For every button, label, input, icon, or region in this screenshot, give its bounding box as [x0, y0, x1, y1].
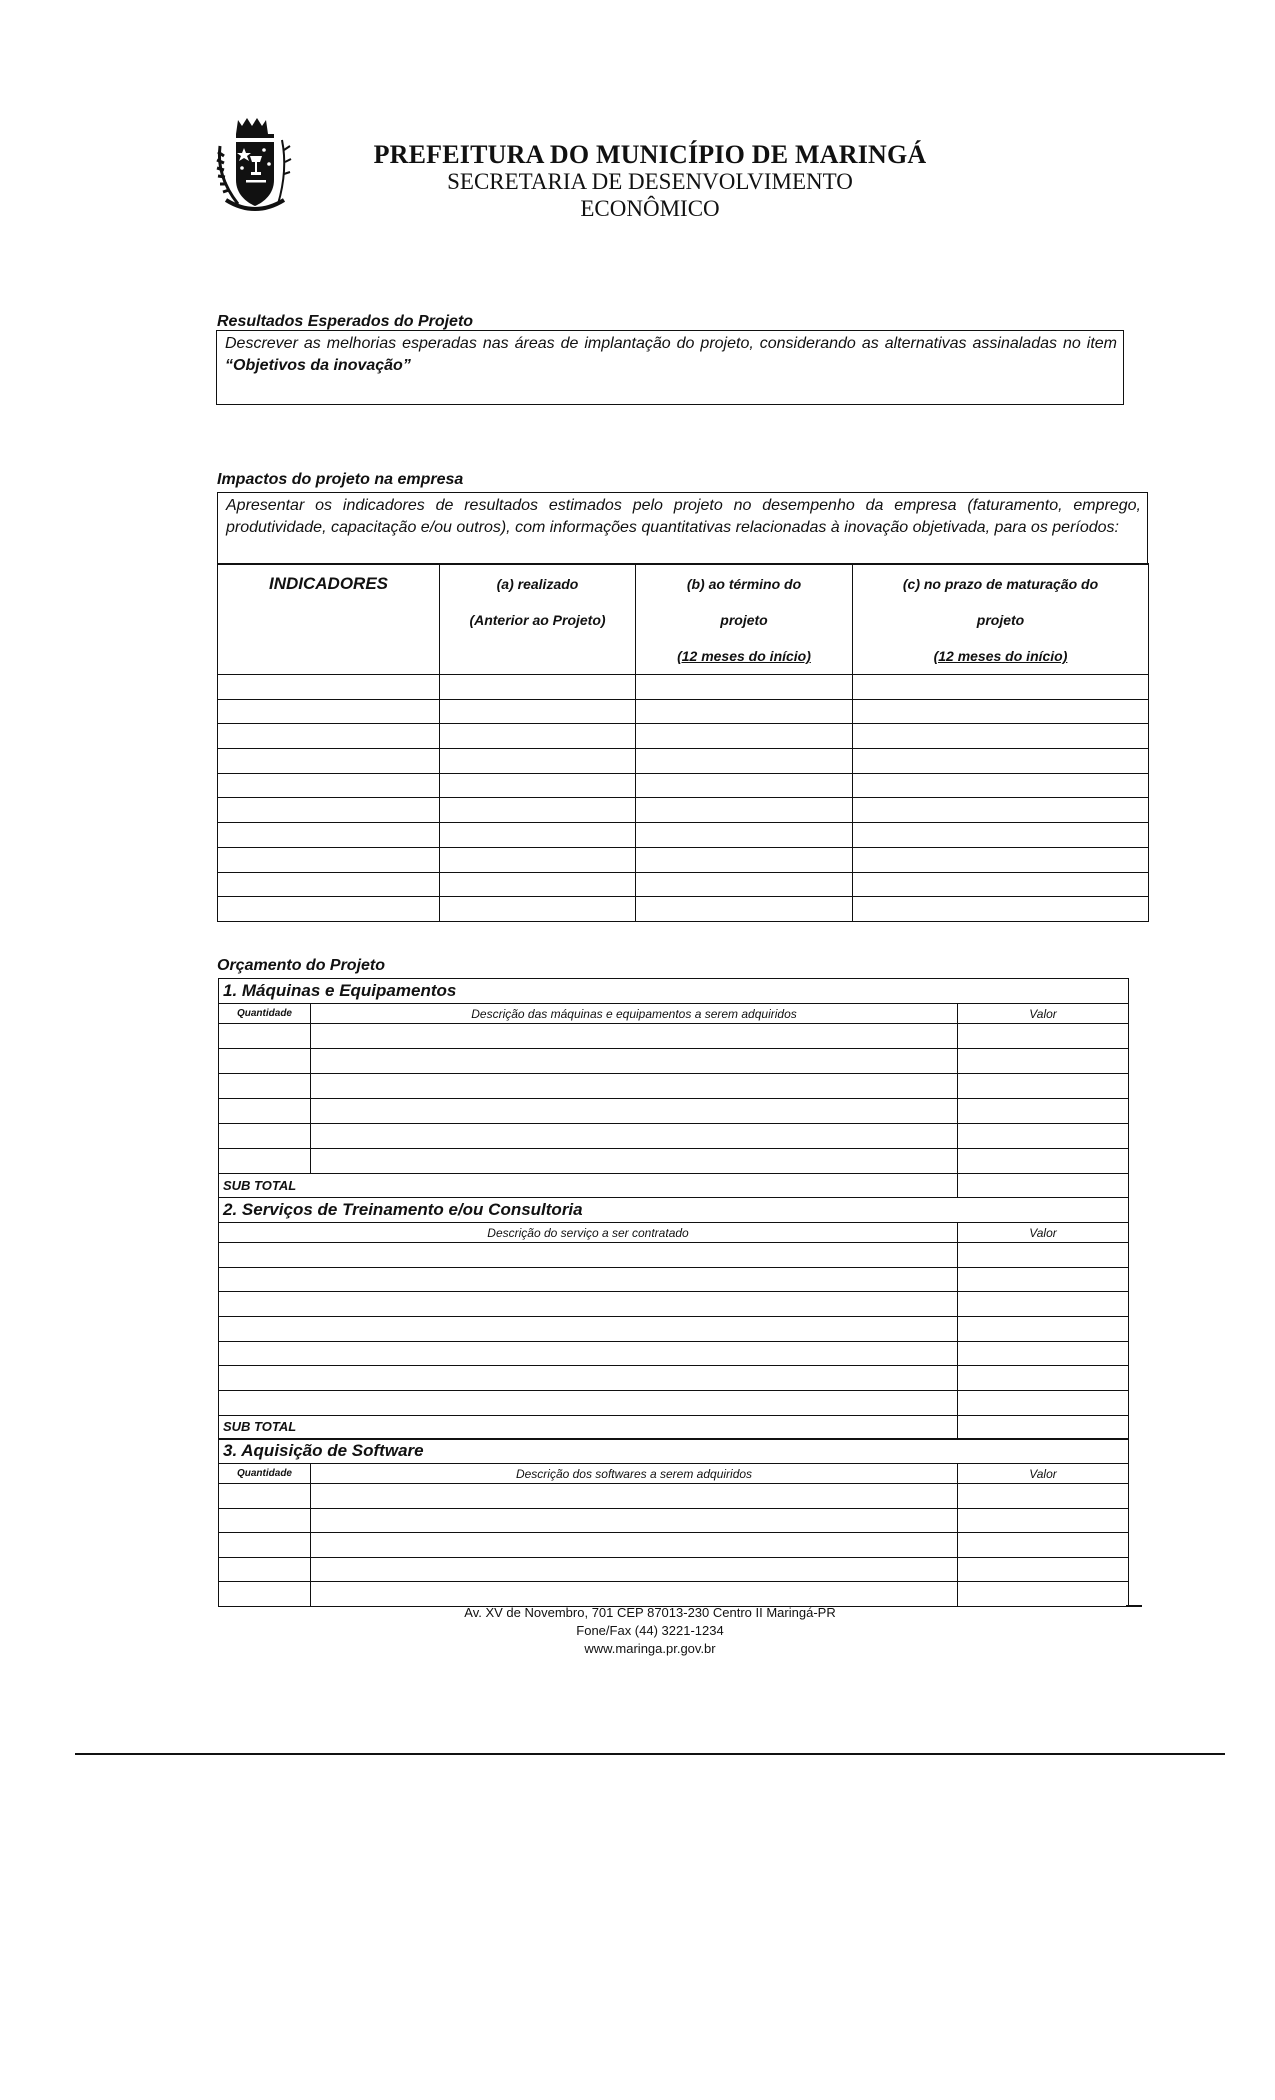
indicator-row: [218, 724, 1149, 749]
software-cell-valor[interactable]: [958, 1582, 1129, 1607]
indicator-cell-realizado[interactable]: [440, 749, 636, 774]
resultados-description-emphasis: “Objetivos da inovação”: [225, 357, 411, 374]
machine-cell-quantidade[interactable]: [219, 1024, 311, 1049]
resultados-description-box[interactable]: Descrever as melhorias esperadas nas áre…: [216, 330, 1124, 405]
software-cell-valor[interactable]: [958, 1533, 1129, 1558]
indicator-cell-maturacao[interactable]: [853, 872, 1149, 897]
software-cell-descricao[interactable]: [311, 1533, 958, 1558]
indicators-header-row: INDICADORES (a) realizado(Anterior ao Pr…: [218, 564, 1149, 675]
column-header-valor: Valor: [958, 1223, 1129, 1243]
indicator-row: [218, 847, 1149, 872]
budget-services-table: 2. Serviços de Treinamento e/ou Consulto…: [218, 1197, 1129, 1440]
indicator-cell-maturacao[interactable]: [853, 847, 1149, 872]
software-cell-descricao[interactable]: [311, 1582, 958, 1607]
machines-subtotal-row: SUB TOTAL: [219, 1174, 1129, 1198]
service-row: [219, 1243, 1129, 1268]
resultados-heading: Resultados Esperados do Projeto: [217, 313, 473, 331]
impactos-description-text: Apresentar os indicadores de resultados …: [226, 497, 1141, 536]
service-cell-valor[interactable]: [958, 1292, 1129, 1317]
column-header-descricao-servico: Descrição do serviço a ser contratado: [219, 1223, 958, 1243]
services-subtotal-row: SUB TOTAL: [219, 1415, 1129, 1439]
footer-phone: Fone/Fax (44) 3221-1234: [300, 1622, 1000, 1640]
software-cell-quantidade[interactable]: [219, 1484, 311, 1509]
impactos-heading: Impactos do projeto na empresa: [217, 471, 463, 489]
subtotal-label: SUB TOTAL: [219, 1415, 958, 1439]
indicator-cell-maturacao[interactable]: [853, 749, 1149, 774]
machine-row: [219, 1099, 1129, 1124]
indicator-cell-realizado[interactable]: [440, 798, 636, 823]
indicator-cell-termino[interactable]: [636, 847, 853, 872]
services-section-title: 2. Serviços de Treinamento e/ou Consulto…: [219, 1198, 1129, 1223]
indicator-cell-maturacao[interactable]: [853, 897, 1149, 922]
column-header-valor: Valor: [958, 1464, 1129, 1484]
machine-cell-quantidade[interactable]: [219, 1124, 311, 1149]
column-header-descricao: Descrição das máquinas e equipamentos a …: [311, 1004, 958, 1024]
indicator-row: [218, 798, 1149, 823]
service-cell-descricao[interactable]: [219, 1341, 958, 1366]
column-header-termino: (b) ao término doprojeto(12 meses do iní…: [636, 564, 853, 675]
machine-cell-descricao[interactable]: [311, 1049, 958, 1074]
indicator-cell-realizado[interactable]: [440, 675, 636, 700]
machine-cell-quantidade[interactable]: [219, 1049, 311, 1074]
machine-cell-valor[interactable]: [958, 1049, 1129, 1074]
indicator-cell-maturacao[interactable]: [853, 699, 1149, 724]
indicator-cell-indicador[interactable]: [218, 823, 440, 848]
indicator-row: [218, 823, 1149, 848]
impactos-description-box: Apresentar os indicadores de resultados …: [217, 492, 1148, 565]
indicator-row: [218, 699, 1149, 724]
service-cell-valor[interactable]: [958, 1267, 1129, 1292]
footer-website[interactable]: www.maringa.pr.gov.br: [300, 1640, 1000, 1658]
indicator-cell-termino[interactable]: [636, 724, 853, 749]
software-cell-descricao[interactable]: [311, 1508, 958, 1533]
indicator-cell-indicador[interactable]: [218, 699, 440, 724]
machine-row: [219, 1124, 1129, 1149]
service-cell-descricao[interactable]: [219, 1267, 958, 1292]
resultados-description-text: Descrever as melhorias esperadas nas áre…: [225, 335, 1117, 352]
service-cell-descricao[interactable]: [219, 1391, 958, 1416]
subtotal-value-field[interactable]: [958, 1174, 1129, 1198]
software-cell-quantidade[interactable]: [219, 1533, 311, 1558]
service-cell-descricao[interactable]: [219, 1366, 958, 1391]
machine-cell-quantidade[interactable]: [219, 1074, 311, 1099]
service-row: [219, 1366, 1129, 1391]
indicator-cell-realizado[interactable]: [440, 699, 636, 724]
service-row: [219, 1267, 1129, 1292]
machine-row: [219, 1074, 1129, 1099]
indicator-cell-indicador[interactable]: [218, 798, 440, 823]
table-edge-mark: [1126, 1605, 1142, 1607]
service-cell-valor[interactable]: [958, 1317, 1129, 1342]
service-cell-valor[interactable]: [958, 1366, 1129, 1391]
subtotal-value-field[interactable]: [958, 1415, 1129, 1439]
column-header-quantidade: Quantidade: [219, 1004, 311, 1024]
column-header-realizado: (a) realizado(Anterior ao Projeto): [440, 564, 636, 675]
indicator-cell-indicador[interactable]: [218, 773, 440, 798]
indicator-row: [218, 897, 1149, 922]
indicator-cell-realizado[interactable]: [440, 872, 636, 897]
software-cell-quantidade[interactable]: [219, 1582, 311, 1607]
header-title: PREFEITURA DO MUNICÍPIO DE MARINGÁ: [330, 140, 970, 170]
indicator-row: [218, 872, 1149, 897]
software-cell-quantidade[interactable]: [219, 1557, 311, 1582]
indicator-row: [218, 749, 1149, 774]
subtotal-label: SUB TOTAL: [219, 1174, 958, 1198]
indicator-cell-realizado[interactable]: [440, 847, 636, 872]
column-header-valor: Valor: [958, 1004, 1129, 1024]
machine-cell-valor[interactable]: [958, 1024, 1129, 1049]
indicator-cell-termino[interactable]: [636, 823, 853, 848]
budget-software-table: 3. Aquisição de Software Quantidade Desc…: [218, 1438, 1129, 1607]
indicator-cell-maturacao[interactable]: [853, 798, 1149, 823]
machine-cell-valor[interactable]: [958, 1099, 1129, 1124]
machine-row: [219, 1049, 1129, 1074]
software-row: [219, 1582, 1129, 1607]
column-header-maturacao: (c) no prazo de maturação doprojeto(12 m…: [853, 564, 1149, 675]
orcamento-heading: Orçamento do Projeto: [217, 957, 385, 975]
indicator-cell-indicador[interactable]: [218, 724, 440, 749]
indicator-cell-indicador[interactable]: [218, 872, 440, 897]
software-section-title: 3. Aquisição de Software: [219, 1439, 1129, 1464]
software-row: [219, 1508, 1129, 1533]
service-row: [219, 1341, 1129, 1366]
machine-cell-quantidade[interactable]: [219, 1149, 311, 1174]
machine-cell-valor[interactable]: [958, 1149, 1129, 1174]
machine-cell-descricao[interactable]: [311, 1099, 958, 1124]
page-divider: [75, 1753, 1225, 1755]
indicator-cell-indicador[interactable]: [218, 749, 440, 774]
machines-section-title: 1. Máquinas e Equipamentos: [219, 979, 1129, 1004]
column-header-descricao-software: Descrição dos softwares a serem adquirid…: [311, 1464, 958, 1484]
software-row: [219, 1557, 1129, 1582]
indicator-cell-realizado[interactable]: [440, 724, 636, 749]
software-cell-descricao[interactable]: [311, 1484, 958, 1509]
indicator-cell-maturacao[interactable]: [853, 724, 1149, 749]
service-cell-descricao[interactable]: [219, 1292, 958, 1317]
indicator-cell-termino[interactable]: [636, 699, 853, 724]
machine-cell-valor[interactable]: [958, 1074, 1129, 1099]
column-header-indicadores: INDICADORES: [218, 564, 440, 675]
software-cell-valor[interactable]: [958, 1484, 1129, 1509]
indicator-cell-indicador[interactable]: [218, 675, 440, 700]
column-header-quantidade: Quantidade: [219, 1464, 311, 1484]
coat-of-arms-logo-icon: [212, 116, 298, 216]
indicator-cell-maturacao[interactable]: [853, 823, 1149, 848]
indicator-cell-realizado[interactable]: [440, 773, 636, 798]
indicator-cell-termino[interactable]: [636, 675, 853, 700]
software-cell-valor[interactable]: [958, 1508, 1129, 1533]
indicator-row: [218, 675, 1149, 700]
indicator-cell-maturacao[interactable]: [853, 773, 1149, 798]
indicator-cell-realizado[interactable]: [440, 823, 636, 848]
service-row: [219, 1292, 1129, 1317]
indicators-table: INDICADORES (a) realizado(Anterior ao Pr…: [217, 563, 1149, 922]
budget-machines-table: 1. Máquinas e Equipamentos Quantidade De…: [218, 978, 1129, 1198]
software-cell-quantidade[interactable]: [219, 1508, 311, 1533]
header-subtitle-line1: SECRETARIA DE DESENVOLVIMENTO: [330, 169, 970, 195]
indicator-cell-maturacao[interactable]: [853, 675, 1149, 700]
service-cell-valor[interactable]: [958, 1243, 1129, 1268]
service-row: [219, 1391, 1129, 1416]
header-subtitle-line2: ECONÔMICO: [330, 196, 970, 222]
indicator-cell-termino[interactable]: [636, 773, 853, 798]
machine-row: [219, 1149, 1129, 1174]
software-cell-descricao[interactable]: [311, 1557, 958, 1582]
machine-cell-descricao[interactable]: [311, 1024, 958, 1049]
machine-cell-valor[interactable]: [958, 1124, 1129, 1149]
indicator-cell-termino[interactable]: [636, 798, 853, 823]
indicator-cell-realizado[interactable]: [440, 897, 636, 922]
service-cell-descricao[interactable]: [219, 1243, 958, 1268]
indicator-cell-termino[interactable]: [636, 749, 853, 774]
footer-address: Av. XV de Novembro, 701 CEP 87013-230 Ce…: [300, 1604, 1000, 1622]
service-cell-valor[interactable]: [958, 1391, 1129, 1416]
indicator-cell-indicador[interactable]: [218, 897, 440, 922]
service-cell-descricao[interactable]: [219, 1317, 958, 1342]
service-cell-valor[interactable]: [958, 1341, 1129, 1366]
software-row: [219, 1484, 1129, 1509]
machine-cell-descricao[interactable]: [311, 1074, 958, 1099]
machine-cell-quantidade[interactable]: [219, 1099, 311, 1124]
software-cell-valor[interactable]: [958, 1557, 1129, 1582]
machine-row: [219, 1024, 1129, 1049]
machine-cell-descricao[interactable]: [311, 1124, 958, 1149]
indicator-cell-termino[interactable]: [636, 897, 853, 922]
software-row: [219, 1533, 1129, 1558]
machine-cell-descricao[interactable]: [311, 1149, 958, 1174]
indicator-cell-termino[interactable]: [636, 872, 853, 897]
indicator-row: [218, 773, 1149, 798]
indicator-cell-indicador[interactable]: [218, 847, 440, 872]
service-row: [219, 1317, 1129, 1342]
